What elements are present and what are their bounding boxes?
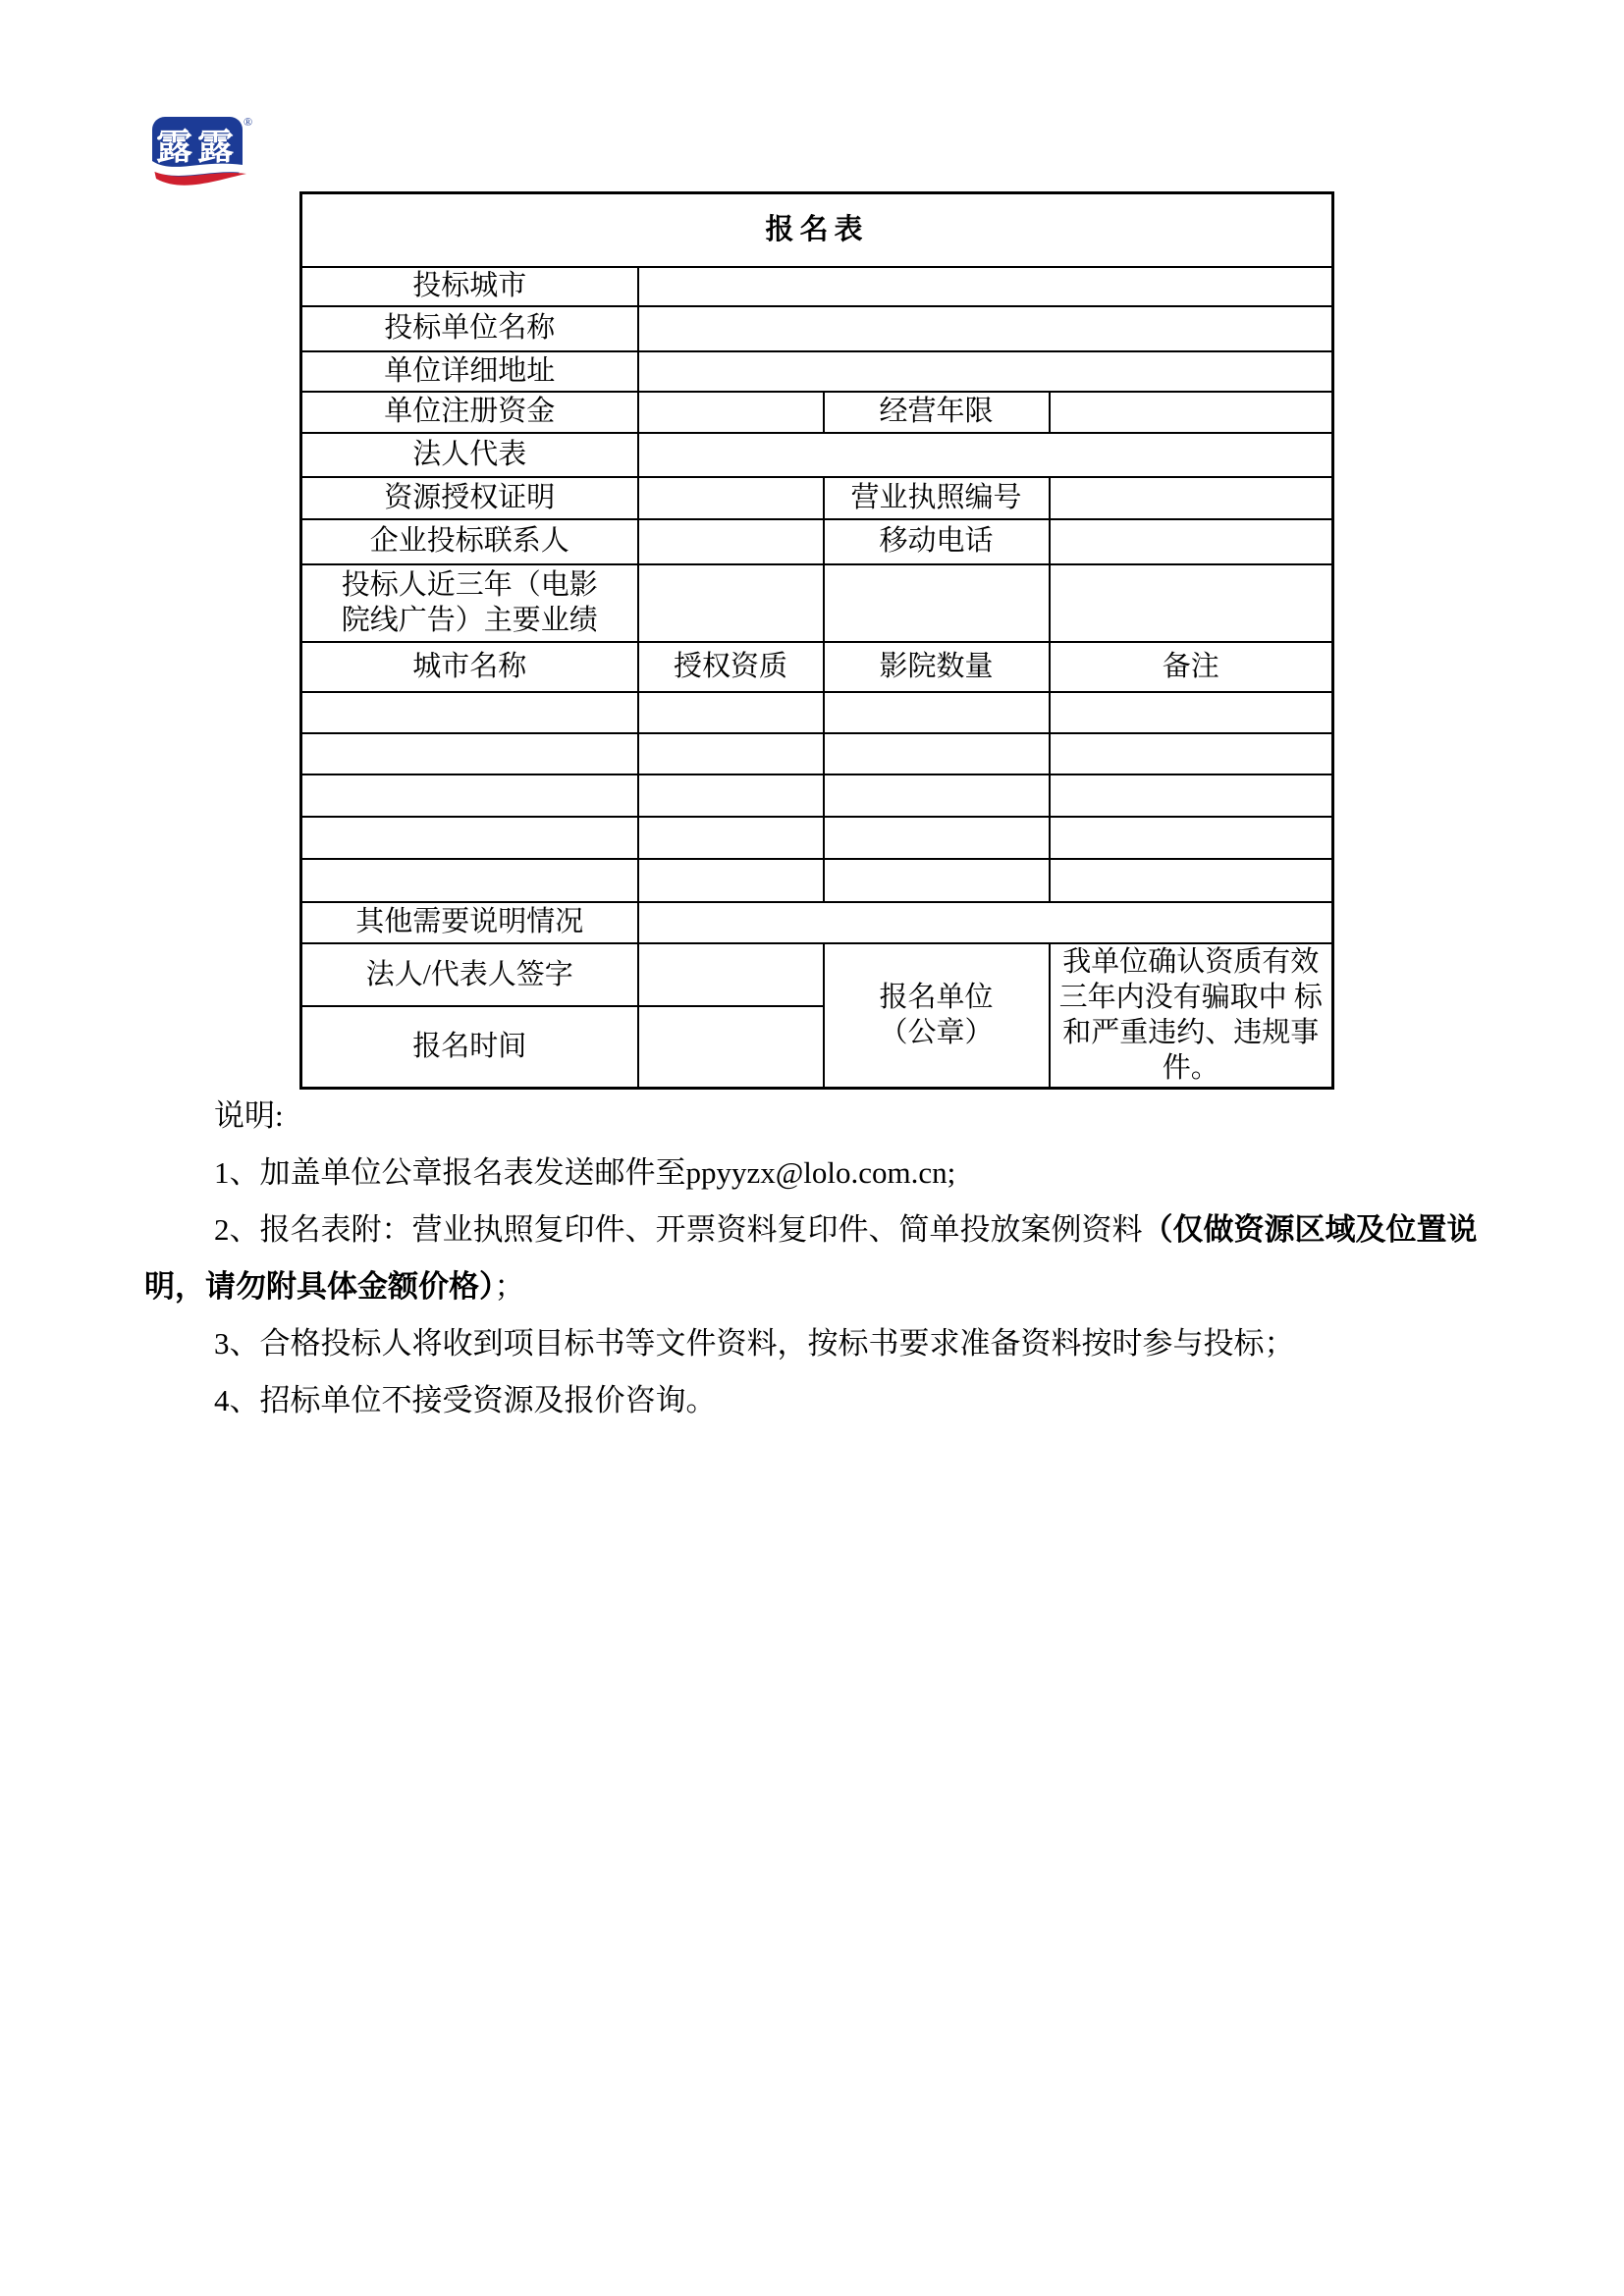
input-cell-remark-4[interactable]	[1050, 817, 1333, 859]
input-cell-cinema-count-2[interactable]	[824, 733, 1050, 774]
table-row: 资源授权证明 营业执照编号	[301, 477, 1333, 519]
table-row: 企业投标联系人 移动电话	[301, 519, 1333, 564]
input-cell-other-notes[interactable]	[638, 902, 1333, 943]
field-label-performance: 投标人近三年（电影 院线广告）主要业绩	[301, 564, 638, 642]
notes-heading: 说明:	[144, 1088, 1488, 1145]
input-cell-city-2[interactable]	[301, 733, 638, 774]
registered-trademark-icon: ®	[244, 115, 252, 129]
table-row: 城市名称 授权资质 影院数量 备注	[301, 642, 1333, 692]
table-row: 单位注册资金 经营年限	[301, 392, 1333, 433]
table-row: 单位详细地址	[301, 351, 1333, 392]
input-cell-cinema-count-4[interactable]	[824, 817, 1050, 859]
input-cell-performance-3[interactable]	[1050, 564, 1333, 642]
table-empty-row	[301, 774, 1333, 817]
form-title: 报名表	[301, 193, 1333, 267]
input-cell-performance-2[interactable]	[824, 564, 1050, 642]
registration-form-table: 报名表 投标城市 投标单位名称 单位详细地址 单位注册资金 经营年限 法人代表 …	[299, 191, 1334, 1090]
field-label-mobile-phone: 移动电话	[824, 519, 1050, 564]
input-cell-cinema-count-1[interactable]	[824, 692, 1050, 733]
note-item-2-normal: 2、报名表附：营业执照复印件、开票资料复印件、简单投放案例资料	[214, 1212, 1143, 1247]
input-cell-bid-contact[interactable]	[638, 519, 824, 564]
input-cell-city-5[interactable]	[301, 859, 638, 902]
column-header-city: 城市名称	[301, 642, 638, 692]
input-cell-remark-5[interactable]	[1050, 859, 1333, 902]
column-header-cinema-count: 影院数量	[824, 642, 1050, 692]
column-header-remark: 备注	[1050, 642, 1333, 692]
input-cell-city-4[interactable]	[301, 817, 638, 859]
input-cell-qualification-3[interactable]	[638, 774, 824, 817]
field-label-registered-capital: 单位注册资金	[301, 392, 638, 433]
table-row: 其他需要说明情况	[301, 902, 1333, 943]
input-cell-performance-1[interactable]	[638, 564, 824, 642]
field-label-other-notes: 其他需要说明情况	[301, 902, 638, 943]
field-label-legal-representative: 法人代表	[301, 433, 638, 477]
field-label-bid-city: 投标城市	[301, 267, 638, 306]
field-label-company-name: 投标单位名称	[301, 306, 638, 351]
input-cell-qualification-4[interactable]	[638, 817, 824, 859]
field-label-business-license-no: 营业执照编号	[824, 477, 1050, 519]
input-cell-qualification-2[interactable]	[638, 733, 824, 774]
note-item-4: 4、招标单位不接受资源及报价咨询。	[144, 1372, 1488, 1429]
logo-characters: 露露	[156, 127, 239, 168]
registration-unit-line2: （公章）	[879, 1017, 993, 1048]
table-empty-row	[301, 817, 1333, 859]
input-cell-city-1[interactable]	[301, 692, 638, 733]
input-cell-registration-date[interactable]	[638, 1006, 824, 1088]
field-label-registration-date: 报名时间	[301, 1006, 638, 1088]
registration-unit-line1: 报名单位	[879, 982, 993, 1013]
field-label-bid-contact: 企业投标联系人	[301, 519, 638, 564]
table-row: 法人/代表人签字 报名单位 （公章） 我单位确认资质有效 三年内没有骗取中 标和…	[301, 943, 1333, 1006]
input-cell-company-address[interactable]	[638, 351, 1333, 392]
input-cell-company-name[interactable]	[638, 306, 1333, 351]
input-cell-bid-city[interactable]	[638, 267, 1333, 306]
table-empty-row	[301, 692, 1333, 733]
table-row: 报名表	[301, 193, 1333, 267]
input-cell-legal-representative[interactable]	[638, 433, 1333, 477]
table-row: 投标人近三年（电影 院线广告）主要业绩	[301, 564, 1333, 642]
table-empty-row	[301, 733, 1333, 774]
input-cell-cinema-count-3[interactable]	[824, 774, 1050, 817]
notes-section: 说明: 1、加盖单位公章报名表发送邮件至ppyyzx@lolo.com.cn; …	[144, 1088, 1488, 1429]
lulu-brand-logo: 露露 ®	[147, 112, 255, 194]
input-cell-legal-signature[interactable]	[638, 943, 824, 1006]
field-label-registration-unit: 报名单位 （公章）	[824, 943, 1050, 1089]
input-cell-mobile-phone[interactable]	[1050, 519, 1333, 564]
performance-label-line2: 院线广告）主要业绩	[342, 605, 598, 636]
note-item-1: 1、加盖单位公章报名表发送邮件至ppyyzx@lolo.com.cn;	[144, 1145, 1488, 1201]
note-item-2: 2、报名表附：营业执照复印件、开票资料复印件、简单投放案例资料（仅做资源区域及位…	[144, 1201, 1488, 1315]
declaration-text: 我单位确认资质有效 三年内没有骗取中 标和严重违约、违规事件。	[1050, 943, 1333, 1089]
field-label-company-address: 单位详细地址	[301, 351, 638, 392]
field-label-business-years: 经营年限	[824, 392, 1050, 433]
field-label-resource-authorization: 资源授权证明	[301, 477, 638, 519]
input-cell-qualification-5[interactable]	[638, 859, 824, 902]
input-cell-city-3[interactable]	[301, 774, 638, 817]
note-item-3: 3、合格投标人将收到项目标书等文件资料，按标书要求准备资料按时参与投标；	[144, 1315, 1488, 1372]
table-row: 法人代表	[301, 433, 1333, 477]
input-cell-business-license-no[interactable]	[1050, 477, 1333, 519]
table-row: 投标城市	[301, 267, 1333, 306]
input-cell-resource-authorization[interactable]	[638, 477, 824, 519]
performance-label-line1: 投标人近三年（电影	[342, 569, 598, 601]
input-cell-remark-1[interactable]	[1050, 692, 1333, 733]
input-cell-remark-3[interactable]	[1050, 774, 1333, 817]
note-item-2-tail: ；	[495, 1269, 525, 1304]
input-cell-cinema-count-5[interactable]	[824, 859, 1050, 902]
field-label-legal-signature: 法人/代表人签字	[301, 943, 638, 1006]
column-header-qualification: 授权资质	[638, 642, 824, 692]
input-cell-registered-capital[interactable]	[638, 392, 824, 433]
input-cell-business-years[interactable]	[1050, 392, 1333, 433]
input-cell-qualification-1[interactable]	[638, 692, 824, 733]
input-cell-remark-2[interactable]	[1050, 733, 1333, 774]
table-empty-row	[301, 859, 1333, 902]
document-page: 露露 ® 报名表 投标城市 投标单位名称 单位详细地址 单位注册资金 经营年限	[0, 0, 1624, 2296]
table-row: 投标单位名称	[301, 306, 1333, 351]
